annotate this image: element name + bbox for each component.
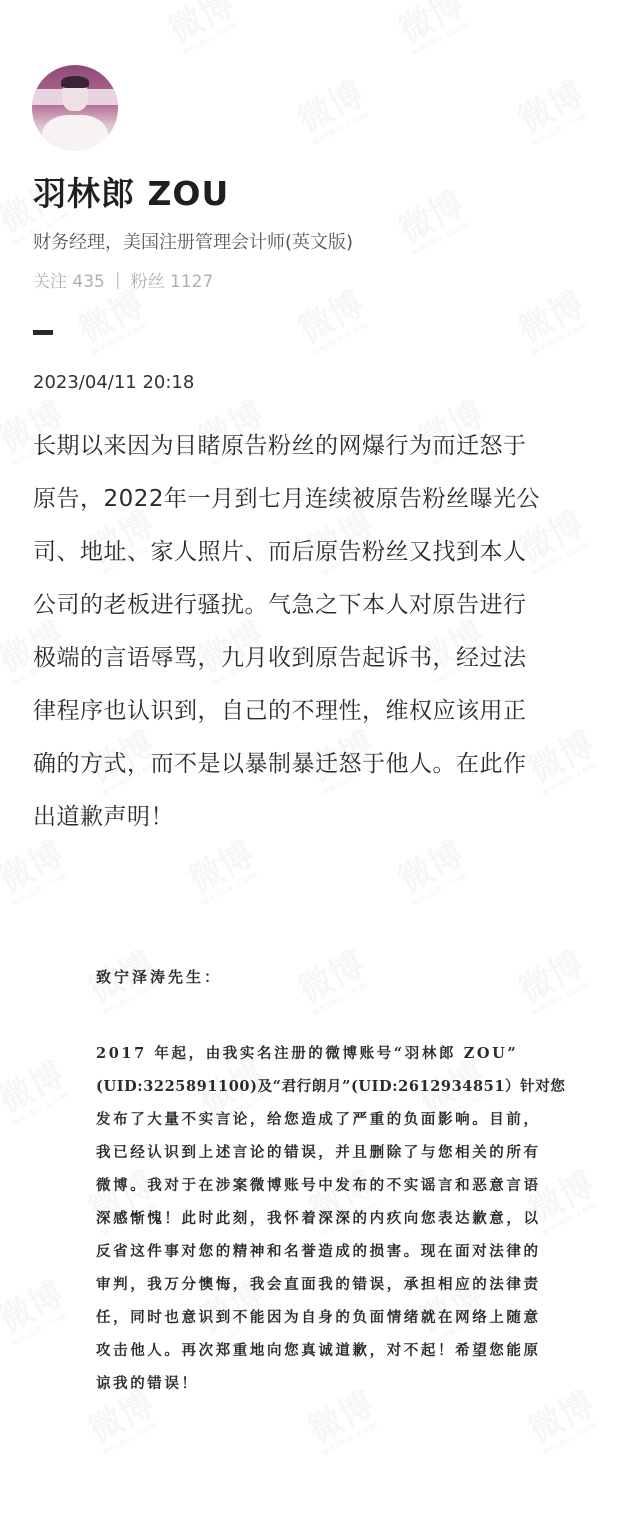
post-line: 律程序也认识到，自己的不理性，维权应该用正 bbox=[33, 685, 623, 738]
post-line: 公司的老板进行骚扰。气急之下本人对原告进行 bbox=[33, 579, 623, 632]
letter-line: 2017 年起，由我实名注册的微博账号“羽林郎 ZOU” bbox=[96, 1037, 566, 1070]
watermark-weibo: 微博weibo.com bbox=[183, 837, 264, 909]
watermark-weibo: 微博weibo.com bbox=[163, 0, 244, 58]
watermark-weibo: 微博weibo.com bbox=[393, 187, 474, 259]
letter-line: (UID:3225891100)及“君行朗月”(UID:2612934851）针… bbox=[96, 1070, 566, 1103]
avatar-hair bbox=[61, 76, 89, 88]
profile-bio: 财务经理，美国注册管理会计师(英文版) bbox=[33, 228, 353, 254]
followers-count: 1127 bbox=[170, 272, 213, 292]
profile-name[interactable]: 羽林郎 ZOU bbox=[33, 168, 229, 215]
stats-separator: | bbox=[115, 270, 121, 290]
letter-line: 谅我的错误！ bbox=[96, 1367, 566, 1400]
watermark-weibo: 微博weibo.com bbox=[513, 77, 594, 149]
post-line: 司、地址、家人照片、而后原告粉丝又找到本人 bbox=[33, 526, 623, 579]
avatar-body bbox=[42, 115, 108, 151]
watermark-weibo: 微博weibo.com bbox=[513, 287, 594, 359]
watermark-weibo: 微博weibo.com bbox=[0, 837, 75, 909]
post-line: 长期以来因为目睹原告粉丝的网爆行为而迁怒于 bbox=[33, 420, 623, 473]
watermark-weibo: 微博weibo.com bbox=[0, 1057, 75, 1129]
following-count: 435 bbox=[72, 272, 104, 292]
avatar[interactable] bbox=[32, 65, 118, 151]
followers-label: 粉丝 bbox=[131, 272, 165, 292]
profile-stats: 关注 435 | 粉丝 1127 bbox=[33, 267, 213, 292]
watermark-weibo: 微博weibo.com bbox=[293, 287, 374, 359]
letter-line: 发布了大量不实言论，给您造成了严重的负面影响。目前， bbox=[96, 1103, 566, 1136]
letter-body: 2017 年起，由我实名注册的微博账号“羽林郎 ZOU” (UID:322589… bbox=[96, 1037, 566, 1400]
letter-salutation: 致宁泽涛先生： bbox=[96, 966, 566, 987]
letter-line: 审判，我万分懊悔，我会直面我的错误，承担相应的法律责 bbox=[96, 1268, 566, 1301]
following-label: 关注 bbox=[33, 272, 67, 292]
watermark-weibo: 微博weibo.com bbox=[73, 287, 154, 359]
watermark-weibo: 微博weibo.com bbox=[0, 1277, 75, 1349]
apology-letter-image: 致宁泽涛先生： 2017 年起，由我实名注册的微博账号“羽林郎 ZOU” (UI… bbox=[96, 966, 566, 1400]
post-body: 长期以来因为目睹原告粉丝的网爆行为而迁怒于 原告，2022年一月到七月连续被原告… bbox=[33, 420, 623, 844]
post-line: 出道歉声明！ bbox=[33, 791, 623, 844]
post-line: 极端的言语辱骂，九月收到原告起诉书，经过法 bbox=[33, 632, 623, 685]
letter-line: 深感惭愧！此时此刻，我怀着深深的内疚向您表达歉意，以 bbox=[96, 1202, 566, 1235]
watermark-weibo: 微博weibo.com bbox=[393, 837, 474, 909]
watermark-weibo: 微博weibo.com bbox=[393, 0, 474, 58]
letter-line: 微博。我对于在涉案微博账号中发布的不实谣言和恶意言语 bbox=[96, 1169, 566, 1202]
letter-line: 任，同时也意识到不能因为自身的负面情绪就在网络上随意 bbox=[96, 1301, 566, 1334]
letter-line: 反省这件事对您的精神和名誉造成的损害。现在面对法律的 bbox=[96, 1235, 566, 1268]
followers-stat[interactable]: 粉丝 1127 bbox=[131, 267, 214, 292]
letter-line: 我已经认识到上述言论的错误，并且删除了与您相关的所有 bbox=[96, 1136, 566, 1169]
post-line: 确的方式，而不是以暴制暴迁怒于他人。在此作 bbox=[33, 738, 623, 791]
section-divider-dash bbox=[33, 330, 53, 335]
letter-line: 攻击他人。再次郑重地向您真诚道歉，对不起！希望您能原 bbox=[96, 1334, 566, 1367]
post-timestamp: 2023/04/11 20:18 bbox=[33, 372, 194, 393]
post-line: 原告，2022年一月到七月连续被原告粉丝曝光公 bbox=[33, 473, 623, 526]
watermark-weibo: 微博weibo.com bbox=[293, 77, 374, 149]
following-stat[interactable]: 关注 435 bbox=[33, 267, 105, 292]
